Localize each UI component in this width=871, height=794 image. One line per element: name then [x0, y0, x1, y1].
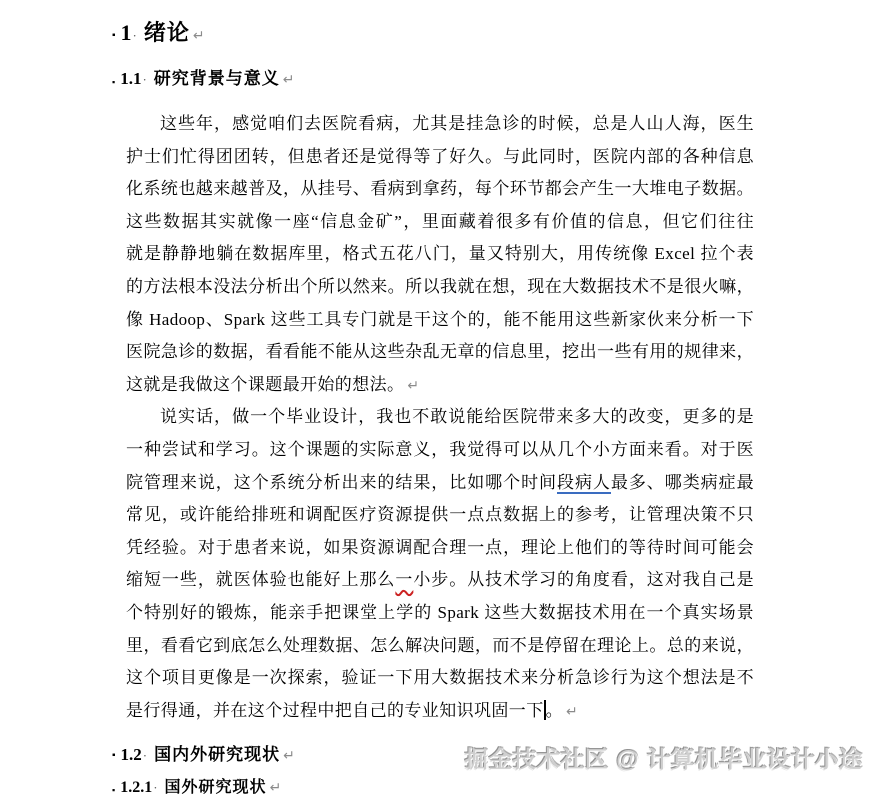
heading-1-2-section[interactable]: ▪1.2·国内外研究现状↵ [112, 740, 295, 765]
text-line[interactable]: 个特别好的锻炼，能亲手把课堂上学的 Spark 这些大数据技术用在一个真实场景 [126, 597, 754, 630]
text-run: 这些年，感觉咱们去医院看病，尤其是挂急诊的时候，总是人山人海，医生 [160, 114, 754, 133]
text-run: 化系统也越来越普及，从挂号、看病到拿药，每个环节都会产生一大堆电子数据。 [126, 179, 754, 198]
text-line[interactable]: 这个项目更像是一次探索，验证一下用大数据技术来分析急诊行为这个想法是不 [126, 662, 754, 695]
heading-number: 1.1 [120, 69, 141, 88]
spellcheck-text: 一 [395, 570, 413, 589]
heading-title: 绪论 [144, 20, 190, 45]
paragraph-mark-icon: ↵ [283, 748, 295, 764]
text-line[interactable]: 凭经验。对于患者来说，如果资源调配合理一点，理论上他们的等待时间可能会 [126, 532, 754, 565]
text-run: 。 [546, 701, 563, 720]
text-run: 这些数据其实就像一座“信息金矿”，里面藏着很多有价值的信息，但它们往往 [126, 212, 754, 231]
text-run: 一种尝试和学习。这个课题的实际意义，我觉得可以从几个小方面来看。对于医 [126, 440, 754, 459]
text-run: 个特别好的锻炼，能亲手把课堂上学的 Spark 这些大数据技术用在一个真实场景 [126, 603, 754, 622]
text-run: 院管理来说，这个系统分析出来的结果，比如哪个时间 [126, 473, 557, 492]
text-run: 缩短一些，就医体验也能好上那么 [126, 570, 395, 589]
heading-1-chapter[interactable]: ▪1·绪论↵ [112, 16, 205, 47]
text-line[interactable]: 护士们忙得团团转，但患者还是觉得等了好久。与此同时，医院内部的各种信息 [126, 141, 754, 174]
text-run: 是行得通，并在这个过程中把自己的专业知识巩固一下 [126, 701, 544, 720]
text-run: 里，看看它到底怎么处理数据、怎么解决问题，而不是停留在理论上。总的来说， [126, 636, 754, 655]
text-run: 说实话，做一个毕业设计，我也不敢说能给医院带来多大的改变，更多的是 [160, 407, 754, 426]
space-mark-icon: · [153, 780, 157, 794]
text-line[interactable]: 一种尝试和学习。这个课题的实际意义，我觉得可以从几个小方面来看。对于医 [126, 434, 754, 467]
heading-title: 研究背景与意义 [154, 69, 280, 88]
text-run: 常见，或许能给排班和调配医疗资源提供一点点数据上的参考，让管理决策不只 [126, 505, 754, 524]
text-line[interactable]: 常见，或许能给排班和调配医疗资源提供一点点数据上的参考，让管理决策不只 [126, 499, 754, 532]
watermark: 掘金技术社区 @ 计算机毕业设计小途 [465, 741, 863, 774]
text-line[interactable]: 这些年，感觉咱们去医院看病，尤其是挂急诊的时候，总是人山人海，医生 [126, 108, 754, 141]
heading-number: 1.2 [121, 745, 142, 764]
heading-number: 1.2.1 [120, 779, 152, 794]
heading-1-2-1-section[interactable]: ▪1.2.1·国外研究现状↵ [112, 774, 281, 794]
grammar-underlined-text: 段病人 [557, 473, 611, 494]
text-line[interactable]: 医院急诊的数据，看看能不能从这些杂乱无章的信息里，挖出一些有用的规律来， [126, 336, 754, 369]
space-mark-icon: · [133, 28, 137, 43]
text-line[interactable]: 的方法根本没法分析出个所以然来。所以我就在想，现在大数据技术不是很火嘛， [126, 271, 754, 304]
text-line[interactable]: 缩短一些，就医体验也能好上那么一小步。从技术学习的角度看，这对我自己是 [126, 564, 754, 597]
text-line[interactable]: 这就是我做这个课题最开始的想法。↵ [126, 369, 754, 402]
text-run: 凭经验。对于患者来说，如果资源调配合理一点，理论上他们的等待时间可能会 [126, 538, 754, 557]
text-line[interactable]: 就是静静地躺在数据库里，格式五花八门，量又特别大，用传统像 Excel 拉个表 [126, 238, 754, 271]
outline-bullet-icon: ▪ [112, 30, 116, 41]
text-line[interactable]: 化系统也越来越普及，从挂号、看病到拿药，每个环节都会产生一大堆电子数据。 [126, 173, 754, 206]
heading-title: 国内外研究现状 [154, 745, 280, 764]
paragraph-mark-icon: ↵ [193, 28, 205, 44]
body-text: 这些年，感觉咱们去医院看病，尤其是挂急诊的时候，总是人山人海，医生护士们忙得团团… [126, 108, 754, 727]
outline-bullet-icon: ▪ [112, 77, 115, 87]
outline-bullet-icon: ▪ [112, 750, 116, 761]
space-mark-icon: · [142, 72, 146, 87]
space-mark-icon: · [143, 748, 147, 763]
heading-number: 1 [121, 20, 132, 45]
heading-1-1-section[interactable]: ▪1.1·研究背景与意义↵ [112, 64, 295, 89]
text-line[interactable]: 这些数据其实就像一座“信息金矿”，里面藏着很多有价值的信息，但它们往往 [126, 206, 754, 239]
paragraph-mark-icon: ↵ [270, 780, 282, 794]
text-run: 最多、哪类病症最 [611, 473, 754, 492]
text-run: 就是静静地躺在数据库里，格式五花八门，量又特别大，用传统像 Excel 拉个表 [126, 244, 754, 263]
text-line[interactable]: 院管理来说，这个系统分析出来的结果，比如哪个时间段病人最多、哪类病症最 [126, 467, 754, 500]
paragraph-mark-icon: ↵ [566, 704, 578, 720]
text-line[interactable]: 像 Hadoop、Spark 这些工具专门就是干这个的，能不能用这些新家伙来分析… [126, 304, 754, 337]
text-run: 护士们忙得团团转，但患者还是觉得等了好久。与此同时，医院内部的各种信息 [126, 147, 754, 166]
text-run: 的方法根本没法分析出个所以然来。所以我就在想，现在大数据技术不是很火嘛， [126, 277, 754, 296]
text-run: 像 Hadoop、Spark 这些工具专门就是干这个的，能不能用这些新家伙来分析… [126, 310, 754, 329]
text-run: 医院急诊的数据，看看能不能从这些杂乱无章的信息里，挖出一些有用的规律来， [126, 342, 754, 361]
heading-title: 国外研究现状 [165, 779, 267, 794]
text-run: 小步。从技术学习的角度看，这对我自己是 [413, 570, 754, 589]
paragraph-mark-icon: ↵ [283, 72, 295, 88]
outline-bullet-icon: ▪ [112, 785, 115, 794]
text-run: 这就是我做这个课题最开始的想法。 [126, 375, 404, 394]
text-run: 这个项目更像是一次探索，验证一下用大数据技术来分析急诊行为这个想法是不 [126, 668, 754, 687]
text-line[interactable]: 里，看看它到底怎么处理数据、怎么解决问题，而不是停留在理论上。总的来说， [126, 630, 754, 663]
paragraph-mark-icon: ↵ [407, 378, 419, 394]
text-line[interactable]: 是行得通，并在这个过程中把自己的专业知识巩固一下。↵ [126, 695, 754, 728]
text-line[interactable]: 说实话，做一个毕业设计，我也不敢说能给医院带来多大的改变，更多的是 [126, 401, 754, 434]
